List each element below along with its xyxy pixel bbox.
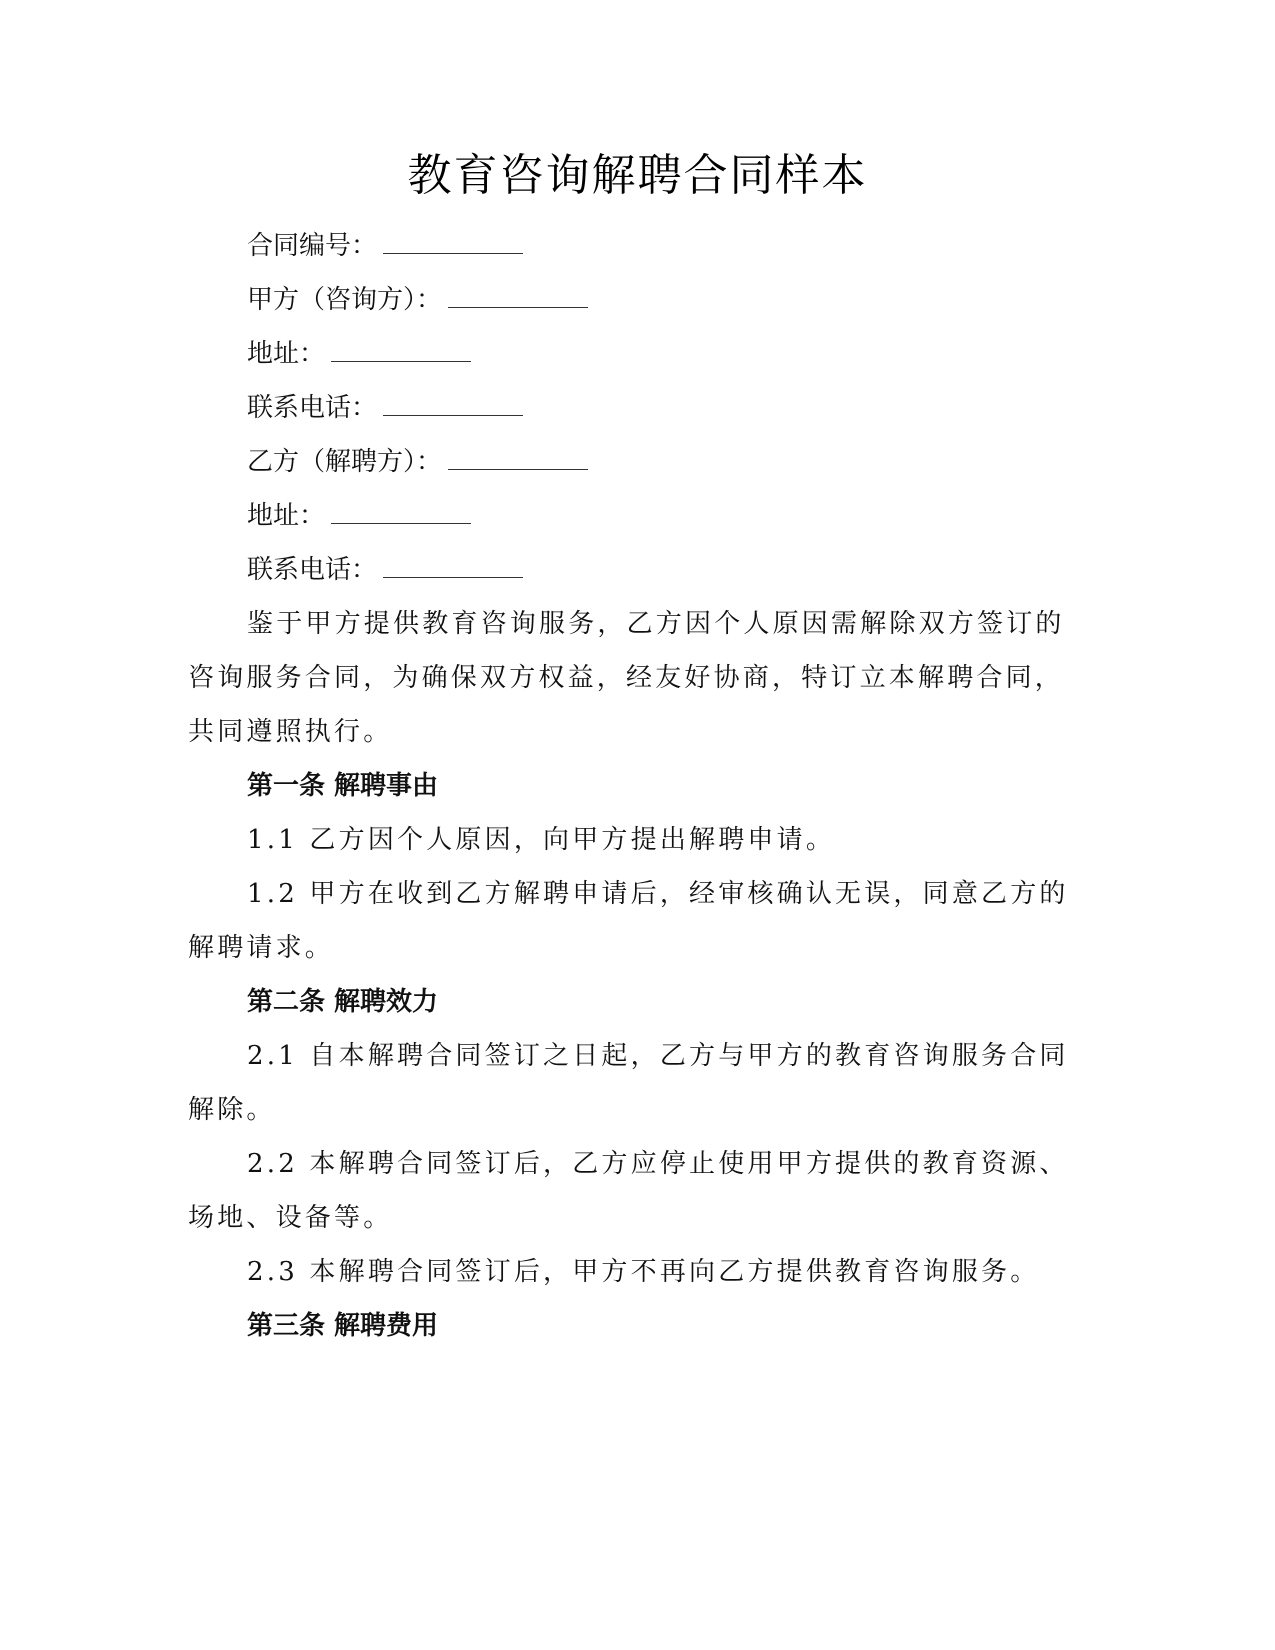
field-party-b-address: 地址： [247, 499, 471, 533]
field-party-a: 甲方（咨询方）： [247, 283, 588, 317]
clause-line: 场地、设备等。 [188, 1201, 392, 1235]
blank-line[interactable] [448, 285, 588, 308]
preamble-line: 咨询服务合同，为确保双方权益，经友好协商，特订立本解聘合同， [188, 661, 1064, 695]
article-heading: 第三条 解聘费用 [247, 1309, 438, 1343]
field-party-a-address: 地址： [247, 337, 471, 371]
field-contract-number: 合同编号： [247, 229, 523, 263]
clause-line: 1.1 乙方因个人原因，向甲方提出解聘申请。 [247, 823, 835, 857]
field-party-a-phone: 联系电话： [247, 391, 523, 425]
field-label: 联系电话： [247, 553, 377, 587]
field-label: 地址： [247, 499, 325, 533]
field-party-b-phone: 联系电话： [247, 553, 523, 587]
field-label: 合同编号： [247, 229, 377, 263]
document-page: 教育咨询解聘合同样本 合同编号： 甲方（咨询方）： 地址： 联系电话： 乙方（解… [0, 0, 1275, 1650]
article-heading: 第二条 解聘效力 [247, 985, 438, 1019]
clause-line: 1.2 甲方在收到乙方解聘申请后，经审核确认无误，同意乙方的 [247, 877, 1069, 911]
blank-line[interactable] [331, 339, 471, 362]
clause-line: 解除。 [188, 1093, 276, 1127]
field-label: 地址： [247, 337, 325, 371]
clause-line: 2.1 自本解聘合同签订之日起，乙方与甲方的教育咨询服务合同 [247, 1039, 1069, 1073]
blank-line[interactable] [383, 555, 523, 578]
field-label: 联系电话： [247, 391, 377, 425]
field-party-b: 乙方（解聘方）： [247, 445, 588, 479]
preamble-line: 鉴于甲方提供教育咨询服务，乙方因个人原因需解除双方签订的 [247, 607, 1065, 641]
blank-line[interactable] [383, 393, 523, 416]
clause-line: 解聘请求。 [188, 931, 334, 965]
preamble-line: 共同遵照执行。 [188, 715, 392, 749]
blank-line[interactable] [383, 231, 523, 254]
blank-line[interactable] [448, 447, 588, 470]
article-heading: 第一条 解聘事由 [247, 769, 438, 803]
blank-line[interactable] [331, 501, 471, 524]
field-label: 乙方（解聘方）： [247, 445, 442, 479]
document-title: 教育咨询解聘合同样本 [0, 148, 1275, 204]
clause-line: 2.2 本解聘合同签订后，乙方应停止使用甲方提供的教育资源、 [247, 1147, 1069, 1181]
clause-line: 2.3 本解聘合同签订后，甲方不再向乙方提供教育咨询服务。 [247, 1255, 1039, 1289]
field-label: 甲方（咨询方）： [247, 283, 442, 317]
